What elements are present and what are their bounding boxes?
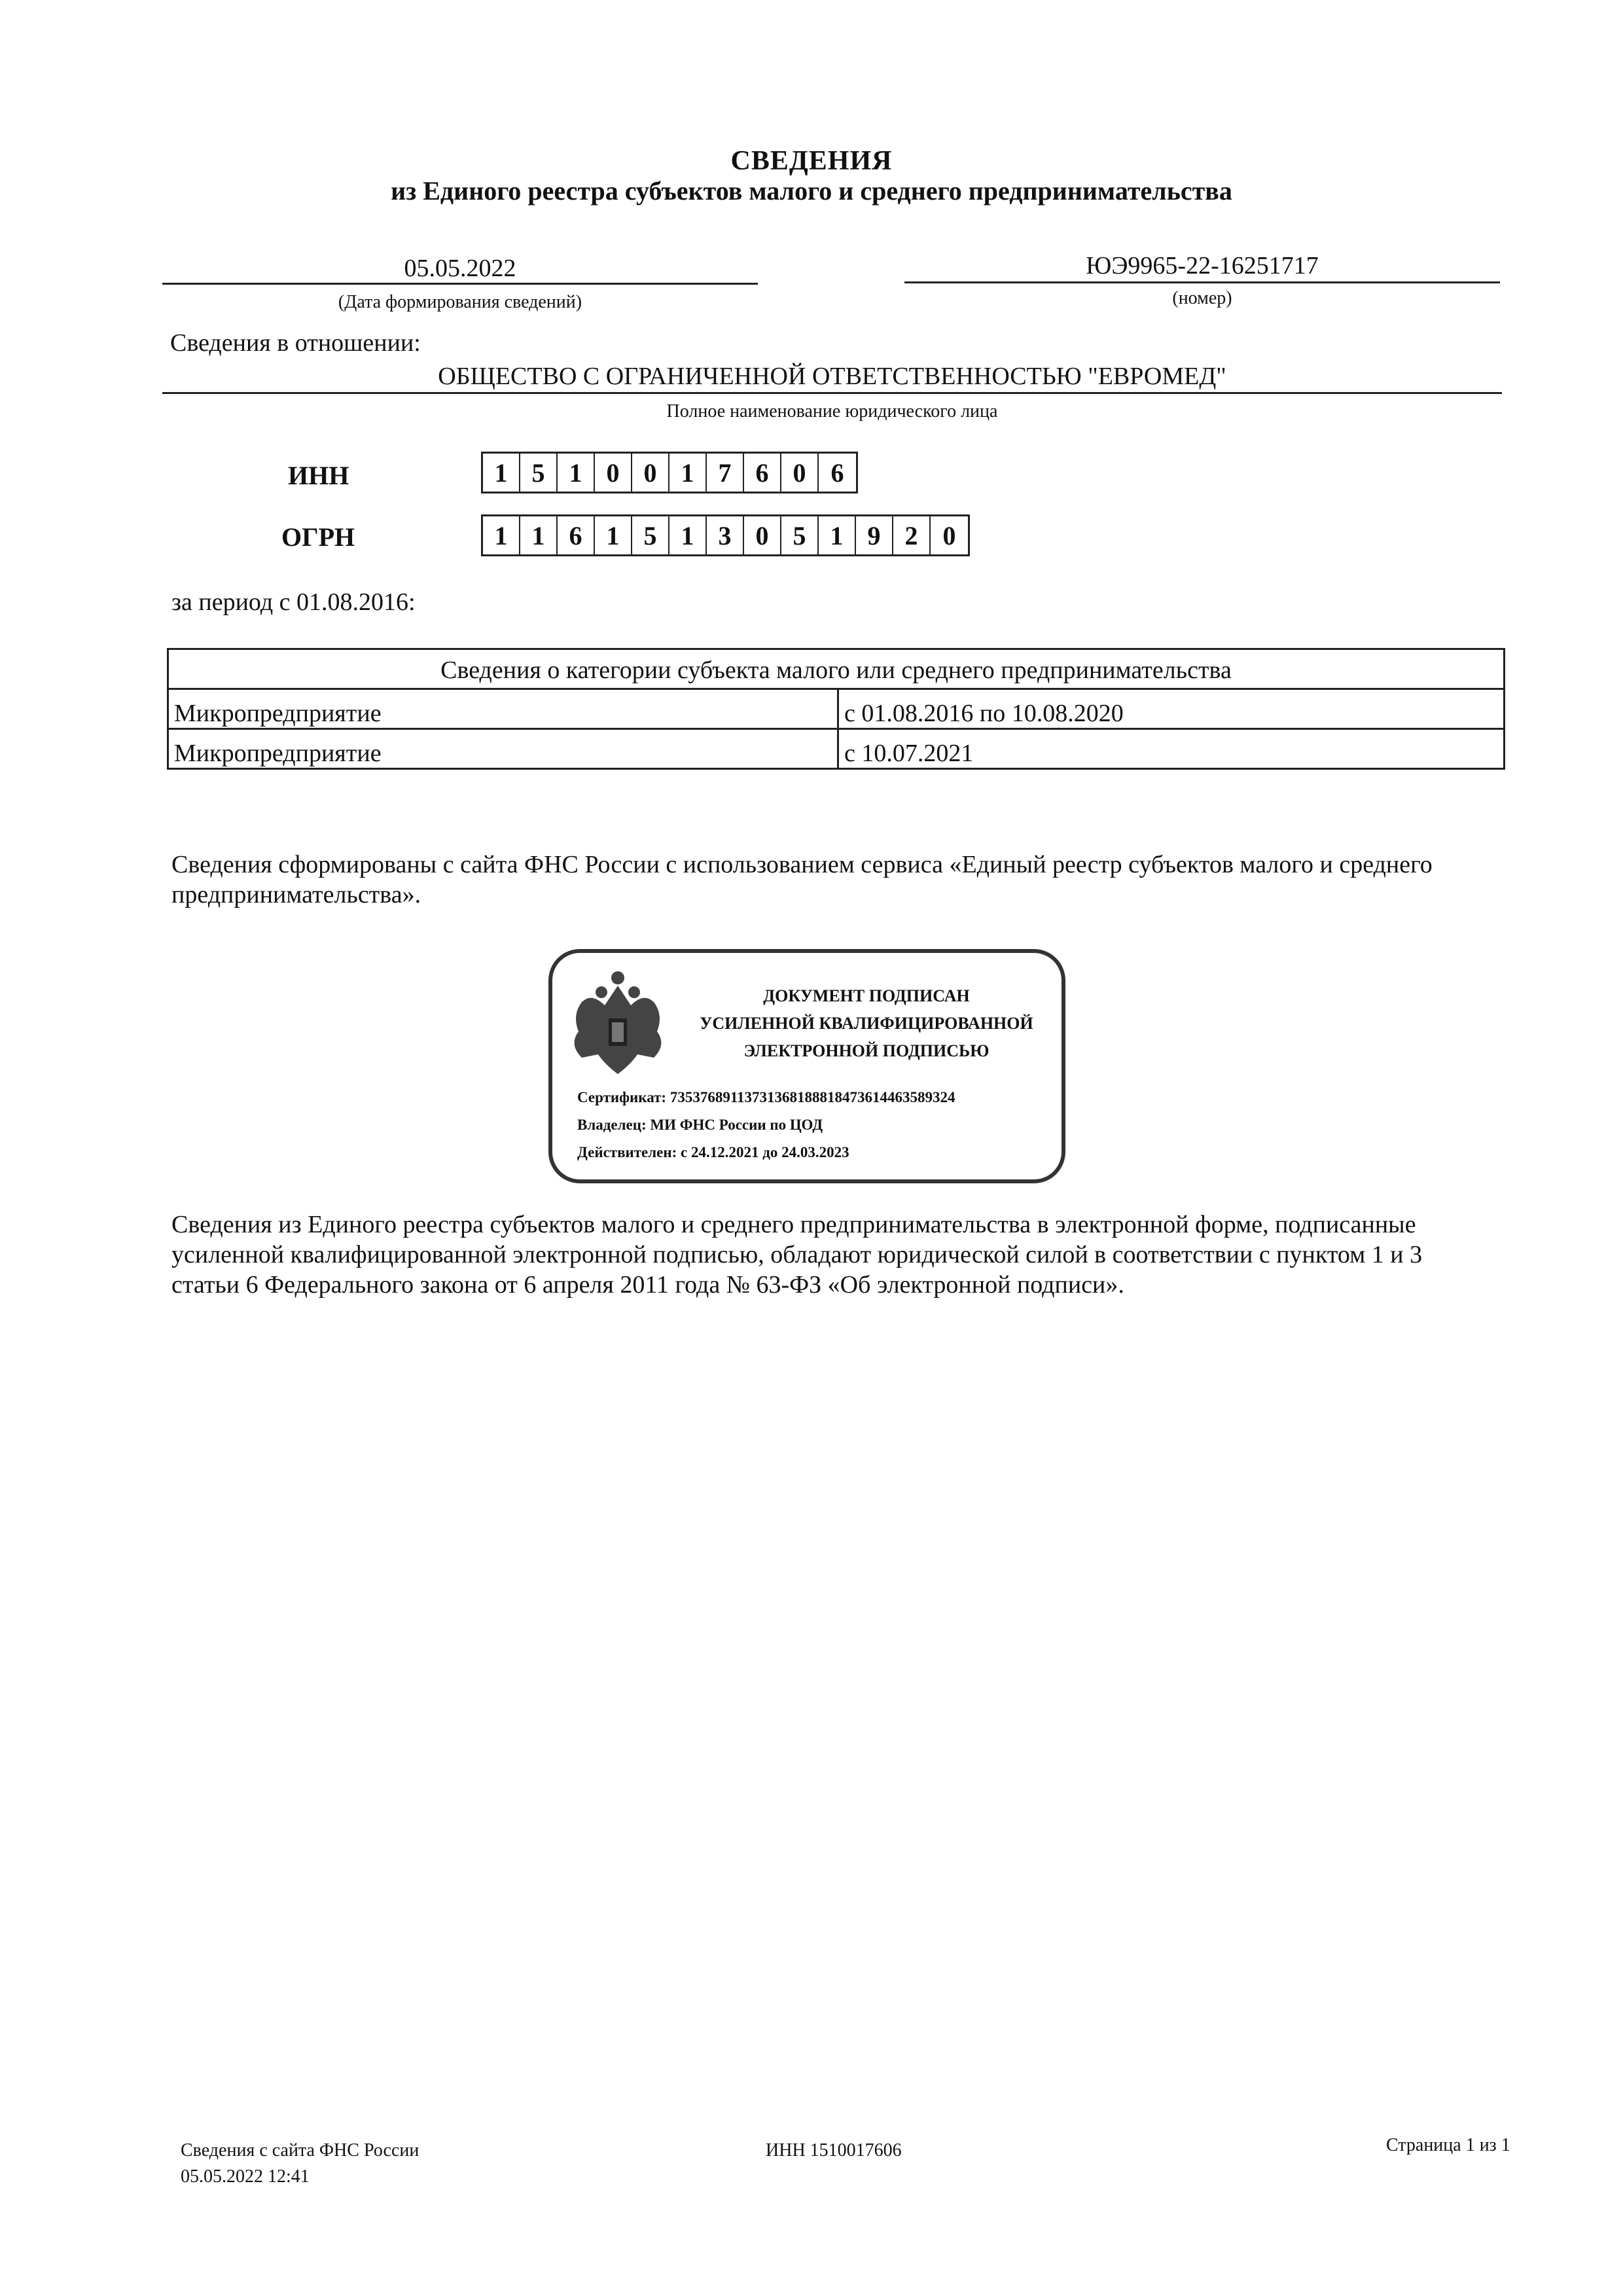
stamp-details: Сертификат: 7353768911373136818881847361… [577,1084,955,1166]
period-cell: с 10.07.2021 [838,729,1505,769]
number-underline [904,281,1500,283]
ogrn-digit: 6 [558,516,595,554]
table-row: Микропредприятие с 01.08.2016 по 10.08.2… [168,689,1505,729]
stamp-heading-line: ЭЛЕКТРОННОЙ ПОДПИСЬЮ [683,1037,1050,1065]
document-subtitle: из Единого реестра субъектов малого и ср… [0,175,1623,206]
footer-left: Сведения с сайта ФНС России 05.05.2022 1… [181,2138,419,2190]
ogrn-digit: 1 [819,516,856,554]
company-name: ОБЩЕСТВО С ОГРАНИЧЕННОЙ ОТВЕТСТВЕННОСТЬЮ… [162,362,1502,391]
ogrn-digit: 1 [595,516,632,554]
date-underline [162,283,758,285]
inn-digit: 6 [819,454,856,492]
company-name-underline [162,392,1502,394]
number-caption: (номер) [904,288,1500,309]
table-row: Микропредприятие с 10.07.2021 [168,729,1505,769]
inn-digit: 5 [520,454,558,492]
inn-digit: 1 [669,454,707,492]
ogrn-digit: 5 [781,516,819,554]
stamp-heading-line: УСИЛЕННОЙ КВАЛИФИЦИРОВАННОЙ [683,1010,1050,1037]
ogrn-digit: 5 [632,516,669,554]
stamp-validity: Действителен: с 24.12.2021 до 24.03.2023 [577,1139,955,1166]
footer-page-number: Страница 1 из 1 [1386,2132,1510,2159]
date-value: 05.05.2022 [162,254,758,283]
table-header-row: Сведения о категории субъекта малого или… [168,649,1505,689]
date-caption: (Дата формирования сведений) [162,292,758,313]
ogrn-digit: 2 [893,516,931,554]
signature-stamp: ДОКУМЕНТ ПОДПИСАН УСИЛЕННОЙ КВАЛИФИЦИРОВ… [548,949,1065,1183]
document-title: СВЕДЕНИЯ [0,145,1623,177]
coat-of-arms-icon [565,966,670,1077]
inn-digit: 0 [595,454,632,492]
inn-digit: 1 [558,454,595,492]
inn-digit: 6 [744,454,781,492]
period-label: за период с 01.08.2016: [171,588,416,617]
ogrn-digit: 0 [931,516,968,554]
subject-intro: Сведения в отношении: [170,329,421,357]
inn-digit: 0 [781,454,819,492]
inn-digit: 1 [483,454,520,492]
inn-digit-boxes: 1 5 1 0 0 1 7 6 0 6 [481,452,858,493]
ogrn-digit: 1 [669,516,707,554]
category-cell: Микропредприятие [168,729,838,769]
period-cell: с 01.08.2016 по 10.08.2020 [838,689,1505,729]
table-header: Сведения о категории субъекта малого или… [168,649,1505,689]
ogrn-digit: 1 [483,516,520,554]
stamp-heading: ДОКУМЕНТ ПОДПИСАН УСИЛЕННОЙ КВАЛИФИЦИРОВ… [683,982,1050,1065]
ogrn-digit: 9 [856,516,893,554]
inn-digit: 0 [632,454,669,492]
footer-datetime: 05.05.2022 12:41 [181,2164,419,2190]
ogrn-digit-boxes: 1 1 6 1 5 1 3 0 5 1 9 2 0 [481,514,970,556]
source-note: Сведения сформированы с сайта ФНС России… [171,850,1454,910]
number-value: ЮЭ9965-22-16251717 [904,251,1500,280]
company-name-caption: Полное наименование юридического лица [162,401,1502,422]
ogrn-digit: 3 [707,516,744,554]
footer-source: Сведения с сайта ФНС России [181,2138,419,2164]
inn-digit: 7 [707,454,744,492]
footer-inn: ИНН 1510017606 [766,2138,902,2164]
ogrn-digit: 0 [744,516,781,554]
stamp-certificate: Сертификат: 7353768911373136818881847361… [577,1084,955,1111]
stamp-owner: Владелец: МИ ФНС России по ЦОД [577,1111,955,1139]
category-cell: Микропредприятие [168,689,838,729]
category-table: Сведения о категории субъекта малого или… [167,648,1505,770]
ogrn-label: ОГРН [281,522,355,552]
ogrn-digit: 1 [520,516,558,554]
legal-note: Сведения из Единого реестра субъектов ма… [171,1210,1480,1300]
inn-label: ИНН [288,460,349,491]
stamp-heading-line: ДОКУМЕНТ ПОДПИСАН [683,982,1050,1010]
